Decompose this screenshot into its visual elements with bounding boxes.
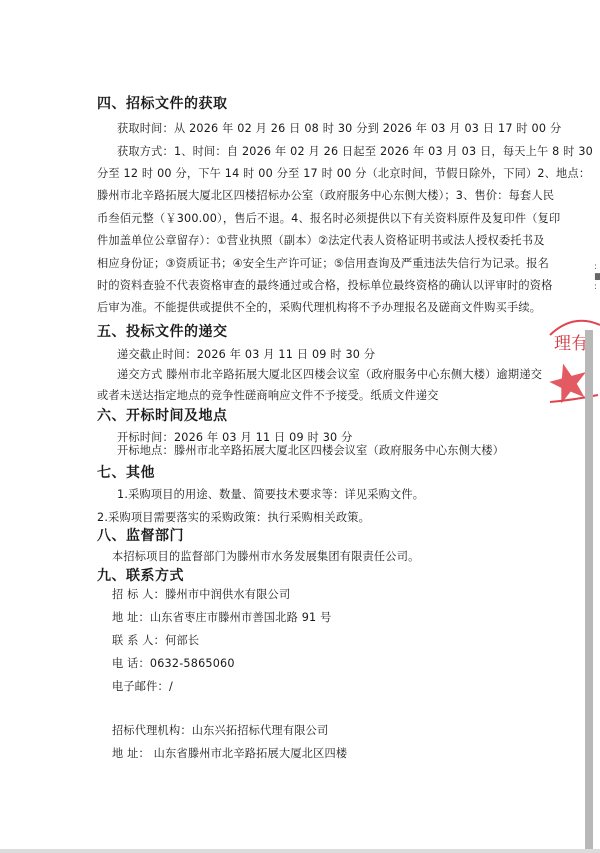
s4-method-line: 后审为准。不能提供或提供不全的，采购代理机构将不予办理报名及磋商文件购买手续。 xyxy=(97,299,541,315)
edge-cropped-text: :■: xyxy=(594,262,600,292)
section-6-title: 六、开标时间及地点 xyxy=(97,405,228,425)
section-7-title: 七、其他 xyxy=(97,462,155,482)
s9-tenderer: 招 标 人：滕州市中润供水有限公司 xyxy=(112,586,290,602)
s4-method-line: 件加盖单位公章留存）：①营业执照（副本）②法定代表人资格证明书或法人授权委托书及 xyxy=(97,232,545,248)
s8-text: 本招标项目的监督部门为滕州市水务发展集团有限责任公司。 xyxy=(112,548,419,564)
s4-method-line: 相应身份证；③资质证书；④安全生产许可证；⑤信用查询及严重违法失信行为记录。报名 xyxy=(97,255,549,271)
s9-phone: 电 话：0632-5865060 xyxy=(112,655,235,671)
s4-method-line: 时的资料查验不代表资格审查的最终通过或合格，投标单位最终资格的确认以评审时的资格 xyxy=(97,277,553,293)
s9-tenderer-address: 地 址：山东省枣庄市滕州市善国北路 91 号 xyxy=(112,609,332,625)
s5-method-line: 递交方式 滕州市北辛路拓展大厦北区四楼会议室（政府服务中心东侧大楼）逾期递交 xyxy=(117,366,542,382)
s4-method-line: 滕州市北辛路拓展大厦北区四楼招标办公室（政府服务中心东侧大楼）；3、售价：每套人… xyxy=(97,187,554,203)
section-4-title: 四、招标文件的获取 xyxy=(97,93,228,113)
s9-contact: 联 系 人：何部长 xyxy=(112,632,199,648)
s4-method-line: 分至 12 时 00 分，下午 14 时 00 分至 17 时 00 分（北京时… xyxy=(97,165,590,181)
s5-deadline: 递交截止时间：2026 年 03 月 11 日 09 时 30 分 xyxy=(117,346,375,362)
s5-method-line: 或者未送达指定地点的竞争性磋商响应文件不予接受。纸质文件递交 xyxy=(97,387,439,403)
svg-text:理有: 理有 xyxy=(554,334,588,354)
s4-time: 获取时间：从 2026 年 02 月 26 日 08 时 30 分到 2026 … xyxy=(117,120,561,136)
s9-email: 电子邮件：/ xyxy=(112,678,173,694)
s9-agency-address: 地 址： 山东省滕州市北辛路拓展大厦北区四楼 xyxy=(112,745,347,761)
page-bottom-edge xyxy=(0,849,600,853)
section-5-title: 五、投标文件的递交 xyxy=(97,321,228,341)
document-page: 四、招标文件的获取 获取时间：从 2026 年 02 月 26 日 08 时 3… xyxy=(0,0,600,853)
s9-agency: 招标代理机构：山东兴拓招标代理有限公司 xyxy=(112,722,328,738)
s4-method-line: 获取方式：1、时间：自 2026 年 02 月 26 日起至 2026 年 03… xyxy=(117,143,593,159)
s7-item-1: 1.采购项目的用途、数量、简要技术要求等：详见采购文件。 xyxy=(117,486,424,502)
section-8-title: 八、监督部门 xyxy=(97,525,184,545)
s7-item-2: 2.采购项目需要落实的采购政策：执行采购相关政策。 xyxy=(97,509,370,525)
scrollbar[interactable] xyxy=(585,330,593,853)
section-9-title: 九、联系方式 xyxy=(97,565,184,585)
s6-place: 开标地点：滕州市北辛路拓展大厦北区四楼会议室（政府服务中心东侧大楼） xyxy=(117,442,504,458)
s4-method-line: 币叁佰元整（￥300.00），售后不退。4、报名时必须提供以下有关资料原件及复印… xyxy=(97,210,560,226)
